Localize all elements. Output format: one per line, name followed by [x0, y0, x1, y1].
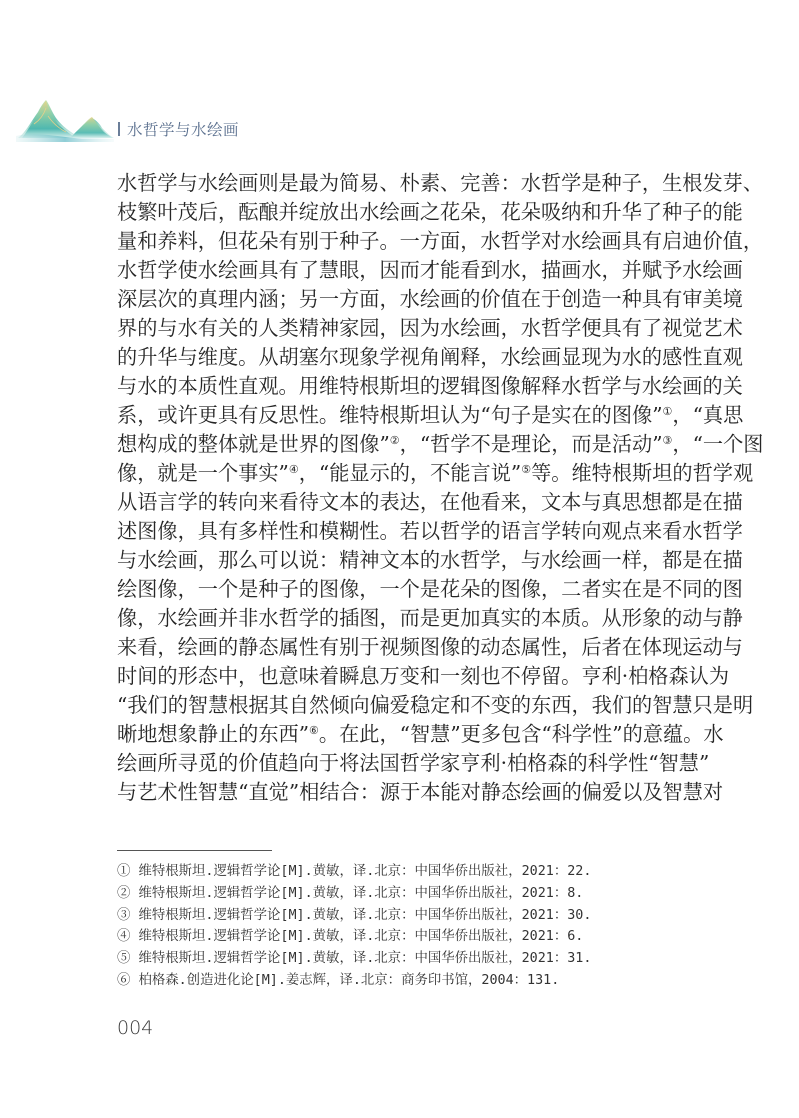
footnote-marker: ⑤ — [117, 951, 130, 966]
footnotes: ① 维特根斯坦.逻辑哲学论[M].黄敏，译.北京：中国华侨出版社，2021：22… — [117, 861, 677, 992]
footnote-separator — [117, 850, 272, 851]
footnote-reference[interactable]: ⑤ — [521, 463, 531, 476]
running-header: 水哲学与水绘画 — [14, 98, 314, 148]
text-segment: 像，就是一个事实” — [117, 461, 289, 485]
text-segment: ，“哲学不是理论，而是活动” — [400, 432, 663, 456]
text-line: 的升华与维度。从胡塞尔现象学视角阐释，水绘画显现为水的感性直观 — [117, 343, 687, 372]
page-number: 004 — [117, 1017, 153, 1039]
text-segment: ，“能显示的，不能言说” — [299, 461, 522, 485]
footnote-reference[interactable]: ① — [663, 405, 673, 418]
text-line: 绘画所寻觅的价值趋向于将法国哲学家亨利·柏格森的科学性“智慧” — [117, 749, 687, 778]
mountain-landscape-icon — [14, 98, 114, 142]
footnote-item: ④ 维特根斯坦.逻辑哲学论[M].黄敏，译.北京：中国华侨出版社，2021：6. — [117, 926, 677, 948]
text-line: 时间的形态中，也意味着瞬息万变和一刻也不停留。亨利·柏格森认为 — [117, 662, 687, 691]
text-segment: 系，或许更具有反思性。维特根斯坦认为“句子是实在的图像” — [117, 403, 663, 427]
footnote-item: ① 维特根斯坦.逻辑哲学论[M].黄敏，译.北京：中国华侨出版社，2021：22… — [117, 861, 677, 883]
footnote-marker: ② — [117, 886, 130, 901]
footnote-text: 维特根斯坦.逻辑哲学论[M].黄敏，译.北京：中国华侨出版社，2021：30. — [130, 908, 591, 923]
text-line: 与水绘画，那么可以说：精神文本的水哲学，与水绘画一样，都是在描 — [117, 546, 687, 575]
text-line: 述图像，具有多样性和模糊性。若以哲学的语言学转向观点来看水哲学 — [117, 517, 687, 546]
text-line: 量和养料，但花朵有别于种子。一方面，水哲学对水绘画具有启迪价值， — [117, 227, 687, 256]
text-line: 像，水绘画并非水哲学的插图，而是更加真实的本质。从形象的动与静 — [117, 604, 687, 633]
text-line: 系，或许更具有反思性。维特根斯坦认为“句子是实在的图像”①，“真思 — [117, 401, 687, 430]
footnote-reference[interactable]: ④ — [289, 463, 299, 476]
text-line: 水哲学使水绘画具有了慧眼，因而才能看到水，描画水，并赋予水绘画 — [117, 256, 687, 285]
section-title: 水哲学与水绘画 — [127, 118, 239, 140]
text-line: 枝繁叶茂后，酝酿并绽放出水绘画之花朵，花朵吸纳和升华了种子的能 — [117, 198, 687, 227]
text-line: 水哲学与水绘画则是最为简易、朴素、完善：水哲学是种子，生根发芽、 — [117, 169, 687, 198]
footnote-marker: ③ — [117, 908, 130, 923]
footnote-text: 维特根斯坦.逻辑哲学论[M].黄敏，译.北京：中国华侨出版社，2021：31. — [130, 951, 591, 966]
text-line: 像，就是一个事实”④，“能显示的，不能言说”⑤等。维特根斯坦的哲学观 — [117, 459, 687, 488]
text-segment: 等。维特根斯坦的哲学观 — [531, 461, 753, 485]
text-segment: ，“真思 — [672, 403, 743, 427]
footnote-reference[interactable]: ② — [390, 434, 400, 447]
text-segment: 想构成的整体就是世界的图像” — [117, 432, 390, 456]
text-line: 界的与水有关的人类精神家园，因为水绘画，水哲学便具有了视觉艺术 — [117, 314, 687, 343]
text-line: 与艺术性智慧“直觉”相结合：源于本能对静态绘画的偏爱以及智慧对 — [117, 778, 687, 807]
text-line: 从语言学的转向来看待文本的表达，在他看来，文本与真思想都是在描 — [117, 488, 687, 517]
footnote-item: ⑤ 维特根斯坦.逻辑哲学论[M].黄敏，译.北京：中国华侨出版社，2021：31… — [117, 948, 677, 970]
text-line: 深层次的真理内涵；另一方面，水绘画的价值在于创造一种具有审美境 — [117, 285, 687, 314]
footnote-item: ③ 维特根斯坦.逻辑哲学论[M].黄敏，译.北京：中国华侨出版社，2021：30… — [117, 905, 677, 927]
footnote-text: 柏格森.创造进化论[M].姜志辉，译.北京：商务印书馆，2004：131. — [130, 973, 559, 988]
footnote-reference[interactable]: ⑥ — [309, 724, 319, 737]
text-line: 想构成的整体就是世界的图像”②，“哲学不是理论，而是活动”③，“一个图 — [117, 430, 687, 459]
footnote-marker: ⑥ — [117, 973, 130, 988]
text-segment: 晰地想象静止的东西” — [117, 722, 309, 746]
text-line: 与水的本质性直观。用维特根斯坦的逻辑图像解释水哲学与水绘画的关 — [117, 372, 687, 401]
footnote-text: 维特根斯坦.逻辑哲学论[M].黄敏，译.北京：中国华侨出版社，2021：22. — [130, 864, 591, 879]
footnote-text: 维特根斯坦.逻辑哲学论[M].黄敏，译.北京：中国华侨出版社，2021：8. — [130, 886, 583, 901]
text-segment: ，“一个图 — [672, 432, 763, 456]
footnote-item: ② 维特根斯坦.逻辑哲学论[M].黄敏，译.北京：中国华侨出版社，2021：8. — [117, 883, 677, 905]
footnote-marker: ① — [117, 864, 130, 879]
header-divider — [118, 122, 120, 136]
text-line: 来看，绘画的静态属性有别于视频图像的动态属性，后者在体现运动与 — [117, 633, 687, 662]
footnote-reference[interactable]: ③ — [663, 434, 673, 447]
text-segment: 。在此，“智慧”更多包含“科学性”的意蕴。水 — [319, 722, 724, 746]
text-line: 晰地想象静止的东西”⑥。在此，“智慧”更多包含“科学性”的意蕴。水 — [117, 720, 687, 749]
text-line: “我们的智慧根据其自然倾向偏爱稳定和不变的东西，我们的智慧只是明 — [117, 691, 687, 720]
body-paragraph: 水哲学与水绘画则是最为简易、朴素、完善：水哲学是种子，生根发芽、枝繁叶茂后，酝酿… — [117, 169, 687, 807]
footnote-marker: ④ — [117, 929, 130, 944]
text-line: 绘图像，一个是种子的图像，一个是花朵的图像，二者实在是不同的图 — [117, 575, 687, 604]
footnote-item: ⑥ 柏格森.创造进化论[M].姜志辉，译.北京：商务印书馆，2004：131. — [117, 970, 677, 992]
footnote-text: 维特根斯坦.逻辑哲学论[M].黄敏，译.北京：中国华侨出版社，2021：6. — [130, 929, 583, 944]
